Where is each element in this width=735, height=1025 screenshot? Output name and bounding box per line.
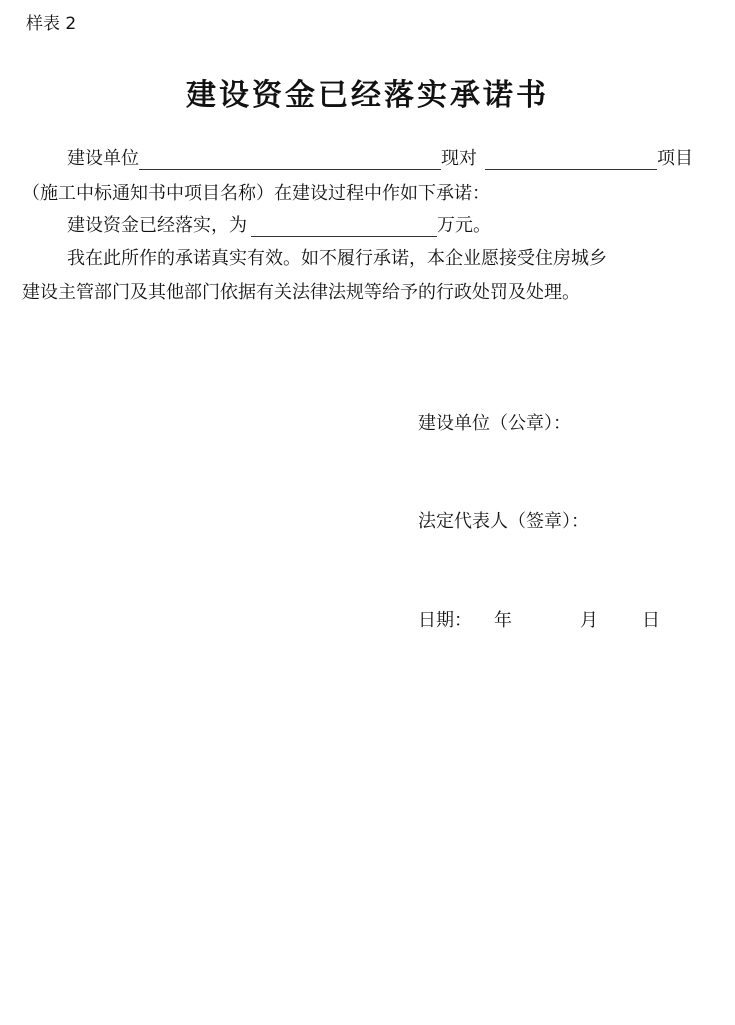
paragraph-commitment-intro: （施工中标通知书中项目名称）在建设过程中作如下承诺： [22, 181, 490, 207]
project-label: 项目 [657, 146, 693, 172]
amount-blank[interactable] [251, 216, 437, 237]
paragraph-declaration-line1: 我在此所作的承诺真实有效。如不履行承诺，本企业愿接受住房城乡 [67, 246, 607, 272]
day-label: 日 [642, 608, 660, 634]
legal-representative-label: 法定代表人（签章）： [418, 509, 589, 535]
unit-label: 建设单位 [67, 146, 139, 172]
paragraph-declaration-line2: 建设主管部门及其他部门依据有关法律法规等给予的行政处罚及处理。 [22, 280, 580, 306]
unit-name-blank[interactable] [139, 149, 441, 170]
paragraph-funding-amount: 建设资金已经落实，为 万元。 [67, 213, 491, 239]
paragraph-unit-project: 建设单位 现对 项目 [67, 146, 693, 172]
month-label: 月 [580, 608, 598, 634]
funding-label: 建设资金已经落实，为 [67, 213, 247, 239]
company-seal-label: 建设单位（公章）： [418, 411, 571, 437]
unit-wan-yuan: 万元。 [437, 213, 491, 239]
year-label: 年 [494, 608, 512, 634]
date-row: 日期： 年 月 日 [418, 608, 660, 634]
now-for-label: 现对 [441, 146, 477, 172]
sample-label: 样表 2 [26, 12, 76, 36]
document-title: 建设资金已经落实承诺书 [0, 76, 735, 116]
project-name-blank[interactable] [485, 149, 657, 170]
date-label: 日期： [418, 608, 472, 634]
